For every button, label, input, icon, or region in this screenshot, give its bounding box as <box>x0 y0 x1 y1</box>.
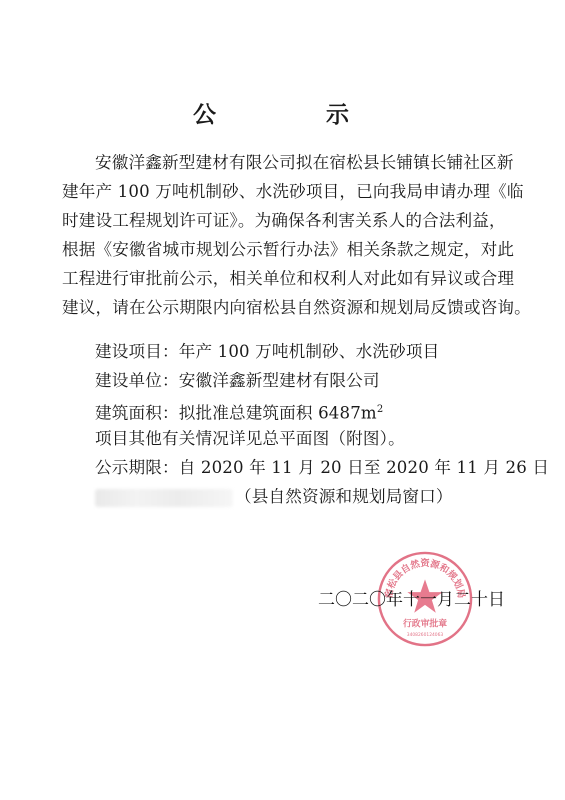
item-period: 公示期限：自 2020 年 11 月 20 日至 2020 年 11 月 26 … <box>95 457 545 479</box>
title-char-1: 公 <box>193 98 216 132</box>
contact-redacted: 联系电话 <box>95 489 233 507</box>
item-project: 建设项目：年产 100 万吨机制砂、水洗砂项目 <box>95 341 545 363</box>
svg-text:行政审批章: 行政审批章 <box>403 617 447 629</box>
body-line-6: 建议，请在公示期限内向宿松县自然资源和规划局反馈或咨询。 <box>62 297 512 319</box>
item-area: 建筑面积：拟批准总建筑面积 6487m2 <box>95 399 545 421</box>
title-char-2: 示 <box>326 98 349 132</box>
notice-title: 公 示 <box>0 98 565 132</box>
item-other: 项目其他有关情况详见总平面图（附图）。 <box>95 428 545 450</box>
item-area-text: 建筑面积：拟批准总建筑面积 6487m <box>95 404 377 423</box>
body-line-5: 工程进行审批前公示，相关单位和权利人对此如有异议或合理 <box>62 268 512 290</box>
body-line-4: 根据《安徽省城市规划公示暂行办法》相关条款之规定，对此 <box>62 239 512 261</box>
svg-text:3408260124063: 3408260124063 <box>407 632 444 638</box>
item-unit: 建设单位：安徽洋鑫新型建材有限公司 <box>95 370 545 392</box>
item-area-sup: 2 <box>377 404 384 415</box>
body-line-2: 建年产 100 万吨机制砂、水洗砂项目，已向我局申请办理《临 <box>62 181 512 203</box>
body-line-3: 时建设工程规划许可证》。为确保各利害关系人的合法利益， <box>62 210 512 232</box>
issue-date: 二〇二〇年十一月二十日 <box>318 588 505 612</box>
item-contact: 联系电话（县自然资源和规划局窗口） <box>95 486 545 508</box>
body-line-1: 安徽洋鑫新型建材有限公司拟在宿松县长铺镇长铺社区新 <box>95 152 512 174</box>
contact-suffix: （县自然资源和规划局窗口） <box>235 487 453 506</box>
notice-page: 公 示 安徽洋鑫新型建材有限公司拟在宿松县长铺镇长铺社区新 建年产 100 万吨… <box>0 0 565 800</box>
